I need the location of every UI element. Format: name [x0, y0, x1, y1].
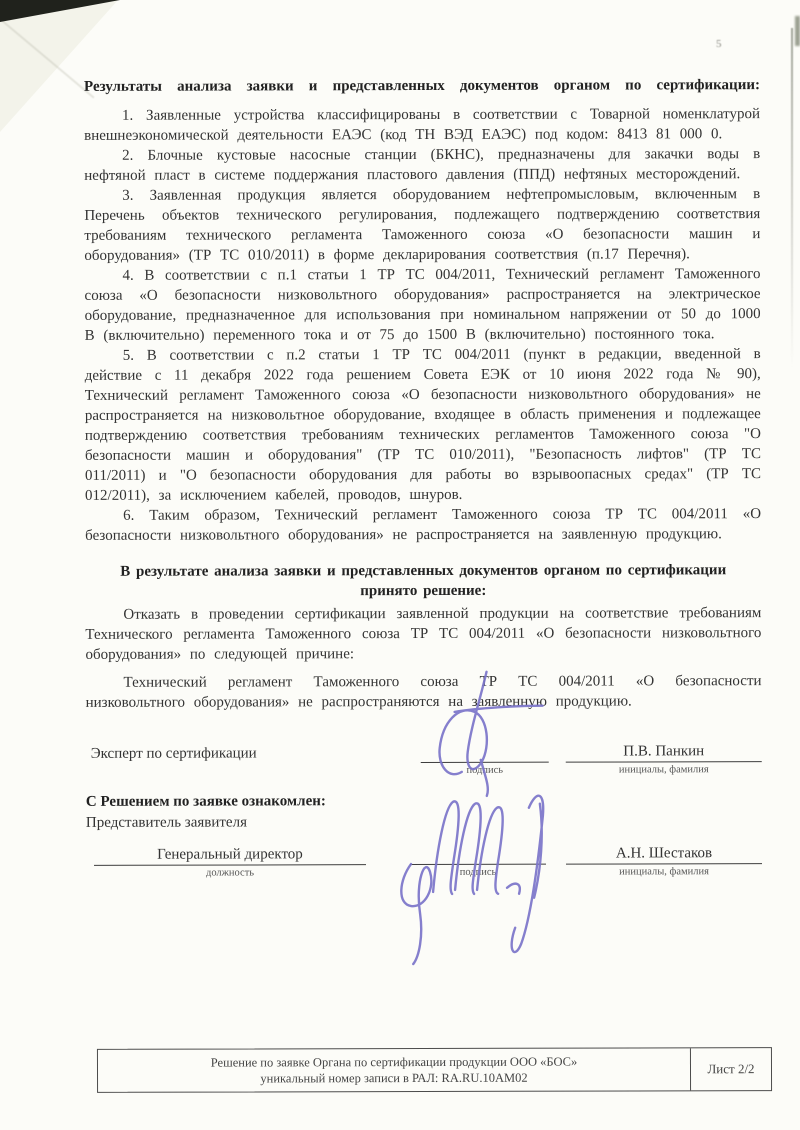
expert-role-label: Эксперт по сертификации: [86, 743, 421, 778]
footer-line-2: уникальный номер записи в РАЛ: RA.RU.10A…: [104, 1069, 684, 1087]
representative-signature-row: Генеральный директор должность подпись А…: [86, 843, 762, 880]
page-number-mark: 5: [716, 38, 722, 50]
expert-signature-row: Эксперт по сертификации подпись П.В. Пан…: [86, 741, 762, 778]
expert-name: П.В. Панкин: [566, 741, 762, 762]
scan-edge-mark: [795, 16, 800, 46]
signature-caption: подпись: [421, 763, 549, 777]
footer-document-info: Решение по заявке Органа по сертификации…: [98, 1048, 690, 1092]
signature-section: Эксперт по сертификации подпись П.В. Пан…: [86, 741, 762, 880]
representative-name-field: А.Н. Шестаков инициалы, фамилия: [566, 843, 762, 879]
scan-edge-line: [791, 28, 793, 368]
paragraph-6: 6. Таким образом, Технический регламент …: [85, 504, 761, 546]
name-caption: инициалы, фамилия: [566, 864, 762, 879]
expert-signature-field: подпись: [421, 742, 549, 777]
paragraph-3: 3. Заявленная продукция является оборудо…: [84, 184, 760, 266]
signature-caption: подпись: [410, 865, 546, 879]
footer-line-1: Решение по заявке Органа по сертификации…: [104, 1053, 684, 1071]
representative-name: А.Н. Шестаков: [566, 843, 762, 864]
representative-label: Представитель заявителя: [86, 811, 762, 833]
refusal-paragraph: Отказать в проведении сертификации заявл…: [85, 603, 761, 665]
footer-sheet-number: Лист 2/2: [690, 1048, 771, 1090]
expert-name-field: П.В. Панкин инициалы, фамилия: [566, 741, 762, 777]
scanned-page: 5 Результаты анализа заявки и представле…: [0, 0, 800, 1130]
representative-signature-field: подпись: [410, 844, 546, 879]
name-caption: инициалы, фамилия: [566, 762, 762, 777]
document-body: Результаты анализа заявки и представленн…: [84, 75, 762, 880]
paragraph-4: 4. В соответствии с п.1 статьи 1 ТР ТС 0…: [84, 264, 760, 346]
decision-heading: В результате анализа заявки и представле…: [113, 560, 733, 602]
paragraph-2: 2. Блочные кустовые насосные станции (БК…: [84, 144, 760, 186]
conclusion-paragraph: Технический регламент Таможенного союза …: [86, 671, 762, 713]
paragraph-1: 1. Заявленные устройства классифицирован…: [84, 104, 760, 146]
position-field: Генеральный директор должность: [94, 844, 366, 880]
document-title: Результаты анализа заявки и представленн…: [84, 75, 760, 97]
position-caption: должность: [94, 865, 366, 880]
paragraph-5: 5. В соответствии с п.2 статьи 1 ТР ТС 0…: [85, 344, 761, 506]
footer-stamp-table: Решение по заявке Органа по сертификации…: [97, 1047, 772, 1093]
position-value: Генеральный директор: [94, 844, 366, 865]
acquainted-heading: С Решением по заявке ознакомлен:: [86, 790, 762, 812]
